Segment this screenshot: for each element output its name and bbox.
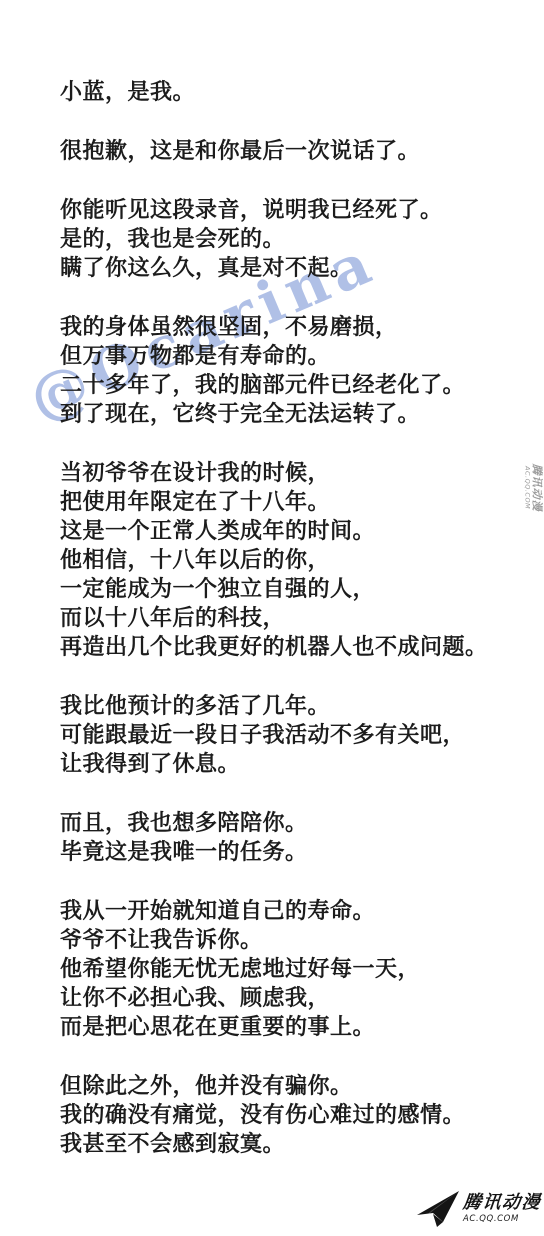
dialogue-line: 而以十八年后的科技， xyxy=(60,604,534,633)
dialogue-line: 这是一个正常人类成年的时间。 xyxy=(60,517,534,546)
paragraph: 小蓝，是我。 xyxy=(60,78,534,107)
comic-text-page: { "monologue": { "paragraphs": [ { "line… xyxy=(0,0,544,1236)
dialogue-line: 让你不必担心我、顾虑我， xyxy=(60,984,534,1013)
dialogue-line: 我的确没有痛觉，没有伤心难过的感情。 xyxy=(60,1101,534,1130)
dialogue-line: 爷爷不让我告诉你。 xyxy=(60,926,534,955)
paragraph: 你能听见这段录音，说明我已经死了。 是的，我也是会死的。 瞒了你这么久，真是对不… xyxy=(60,196,534,283)
dialogue-line: 但万事万物都是有寿命的。 xyxy=(60,342,534,371)
paragraph: 而且，我也想多陪陪你。 毕竟这是我唯一的任务。 xyxy=(60,809,534,867)
dialogue-line: 我比他预计的多活了几年。 xyxy=(60,692,534,721)
dialogue-line: 我的身体虽然很坚固，不易磨损， xyxy=(60,313,534,342)
site-logo-url: AC.QQ.COM xyxy=(463,1214,519,1224)
dialogue-line: 而是把心思花在更重要的事上。 xyxy=(60,1013,534,1042)
paragraph: 我的身体虽然很坚固，不易磨损， 但万事万物都是有寿命的。 二十多年了，我的脑部元… xyxy=(60,313,534,429)
site-logo-name: 腾讯动漫 xyxy=(462,1194,542,1213)
dialogue-line: 让我得到了休息。 xyxy=(60,750,534,779)
dialogue-line: 再造出几个比我更好的机器人也不成问题。 xyxy=(60,633,534,662)
dialogue-line: 很抱歉，这是和你最后一次说话了。 xyxy=(60,137,534,166)
dialogue-line: 他相信，十八年以后的你， xyxy=(60,546,534,575)
dialogue-line: 可能跟最近一段日子我活动不多有关吧， xyxy=(60,721,534,750)
dialogue-line: 我从一开始就知道自己的寿命。 xyxy=(60,897,534,926)
dialogue-line: 而且，我也想多陪陪你。 xyxy=(60,809,534,838)
dialogue-line: 毕竟这是我唯一的任务。 xyxy=(60,838,534,867)
dialogue-line: 一定能成为一个独立自强的人， xyxy=(60,575,534,604)
paragraph: 我从一开始就知道自己的寿命。 爷爷不让我告诉你。 他希望你能无忧无虑地过好每一天… xyxy=(60,897,534,1042)
dialogue-line: 但除此之外，他并没有骗你。 xyxy=(60,1072,534,1101)
dialogue-line: 把使用年限定在了十八年。 xyxy=(60,488,534,517)
dialogue-line: 我甚至不会感到寂寞。 xyxy=(60,1130,534,1159)
dialogue-line: 瞒了你这么久，真是对不起。 xyxy=(60,254,534,283)
dialogue-line: 到了现在，它终于完全无法运转了。 xyxy=(60,400,534,429)
site-logo-texts: 腾讯动漫 AC.QQ.COM xyxy=(463,1194,541,1225)
dialogue-line: 是的，我也是会死的。 xyxy=(60,225,534,254)
paragraph: 但除此之外，他并没有骗你。 我的确没有痛觉，没有伤心难过的感情。 我甚至不会感到… xyxy=(60,1072,534,1159)
paragraph: 我比他预计的多活了几年。 可能跟最近一段日子我活动不多有关吧， 让我得到了休息。 xyxy=(60,692,534,779)
paragraph: 很抱歉，这是和你最后一次说话了。 xyxy=(60,137,534,166)
dialogue-line: 小蓝，是我。 xyxy=(60,78,534,107)
dialogue-line: 他希望你能无忧无虑地过好每一天， xyxy=(60,955,534,984)
paper-plane-icon xyxy=(416,1189,460,1229)
monologue-text: 小蓝，是我。 很抱歉，这是和你最后一次说话了。 你能听见这段录音，说明我已经死了… xyxy=(60,78,534,1159)
site-logo: 腾讯动漫 AC.QQ.COM xyxy=(416,1189,541,1229)
dialogue-line: 当初爷爷在设计我的时候， xyxy=(60,459,534,488)
paragraph: 当初爷爷在设计我的时候， 把使用年限定在了十八年。 这是一个正常人类成年的时间。… xyxy=(60,459,534,662)
dialogue-line: 二十多年了，我的脑部元件已经老化了。 xyxy=(60,371,534,400)
dialogue-line: 你能听见这段录音，说明我已经死了。 xyxy=(60,196,534,225)
